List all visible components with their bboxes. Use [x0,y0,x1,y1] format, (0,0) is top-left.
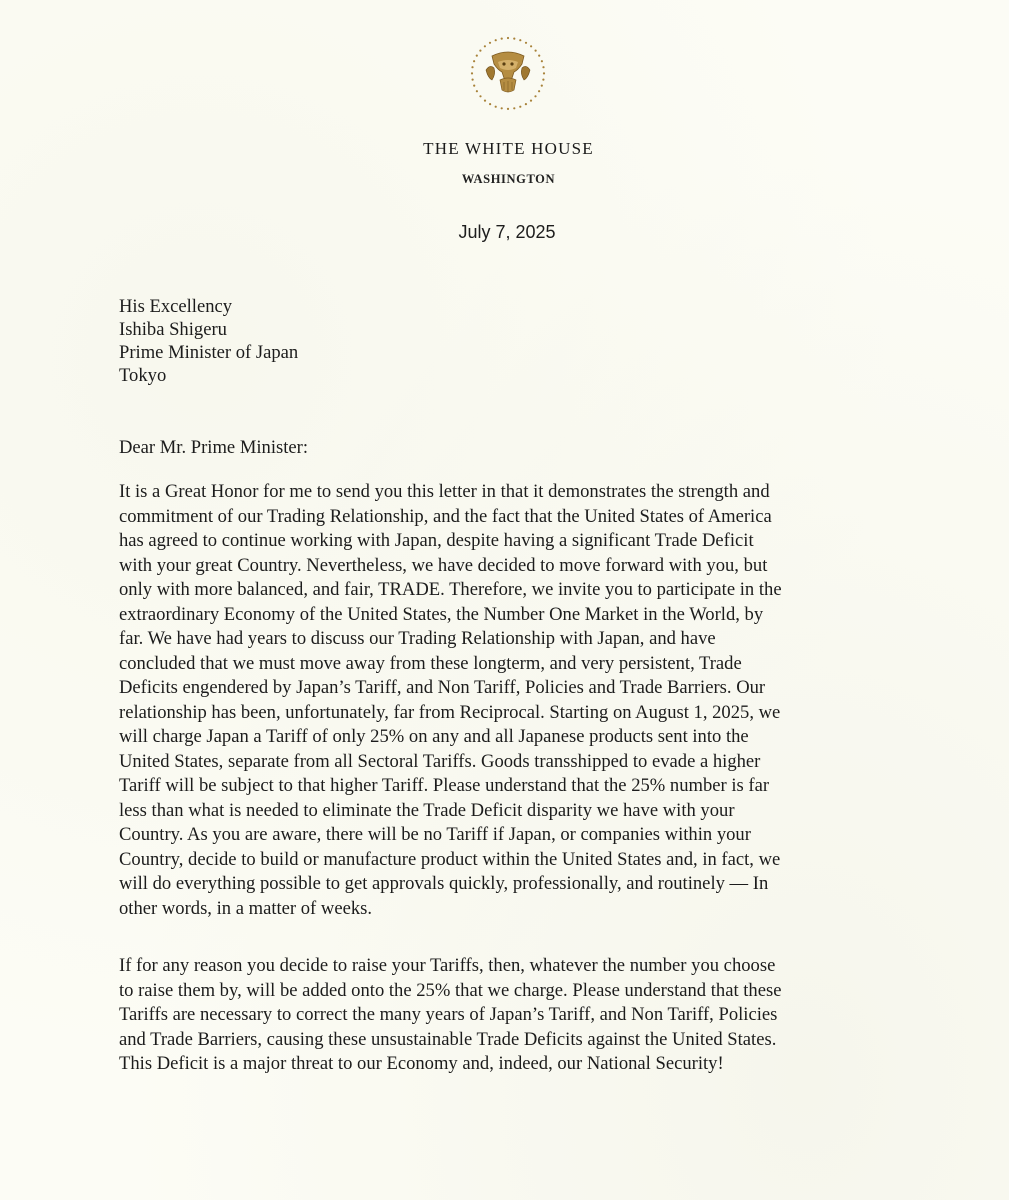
body-line: concluded that we must move away from th… [119,652,782,677]
salutation: Dear Mr. Prime Minister: [119,436,308,459]
letterhead-title: THE WHITE HOUSE [4,139,1009,159]
body-line: If for any reason you decide to raise yo… [119,954,781,979]
presidential-seal-icon [468,34,548,114]
body-line: will charge Japan a Tariff of only 25% o… [119,725,782,750]
body-line: to raise them by, will be added onto the… [119,979,781,1004]
body-line: Country, decide to build or manufacture … [119,848,782,873]
body-line: This Deficit is a major threat to our Ec… [119,1052,781,1077]
body-line: commitment of our Trading Relationship, … [119,505,782,530]
letter-page: THE WHITE HOUSE WASHINGTON July 7, 2025 … [0,0,1009,1200]
body-line: relationship has been, unfortunately, fa… [119,701,782,726]
recipient-line: His Excellency [119,295,298,318]
recipient-line: Prime Minister of Japan [119,341,298,364]
body-line: will do everything possible to get appro… [119,872,782,897]
body-line: Tariff will be subject to that higher Ta… [119,774,782,799]
recipient-line: Tokyo [119,364,298,387]
body-line: has agreed to continue working with Japa… [119,529,782,554]
body-line: United States, separate from all Sectora… [119,750,782,775]
body-line: far. We have had years to discuss our Tr… [119,627,782,652]
body-line: Deficits engendered by Japan’s Tariff, a… [119,676,782,701]
body-line: less than what is needed to eliminate th… [119,799,782,824]
body-line: Country. As you are aware, there will be… [119,823,782,848]
letter-date: July 7, 2025 [0,222,1009,243]
body-line: only with more balanced, and fair, TRADE… [119,578,782,603]
recipient-address: His Excellency Ishiba Shigeru Prime Mini… [119,295,298,387]
body-line: Tariffs are necessary to correct the man… [119,1003,781,1028]
body-paragraph-1: It is a Great Honor for me to send you t… [119,480,782,921]
body-line: with your great Country. Nevertheless, w… [119,554,782,579]
body-line: It is a Great Honor for me to send you t… [119,480,782,505]
body-paragraph-2: If for any reason you decide to raise yo… [119,954,781,1077]
body-line: and Trade Barriers, causing these unsust… [119,1028,781,1053]
body-line: other words, in a matter of weeks. [119,897,782,922]
body-line: extraordinary Economy of the United Stat… [119,603,782,628]
letterhead-location: WASHINGTON [4,172,1009,187]
recipient-line: Ishiba Shigeru [119,318,298,341]
